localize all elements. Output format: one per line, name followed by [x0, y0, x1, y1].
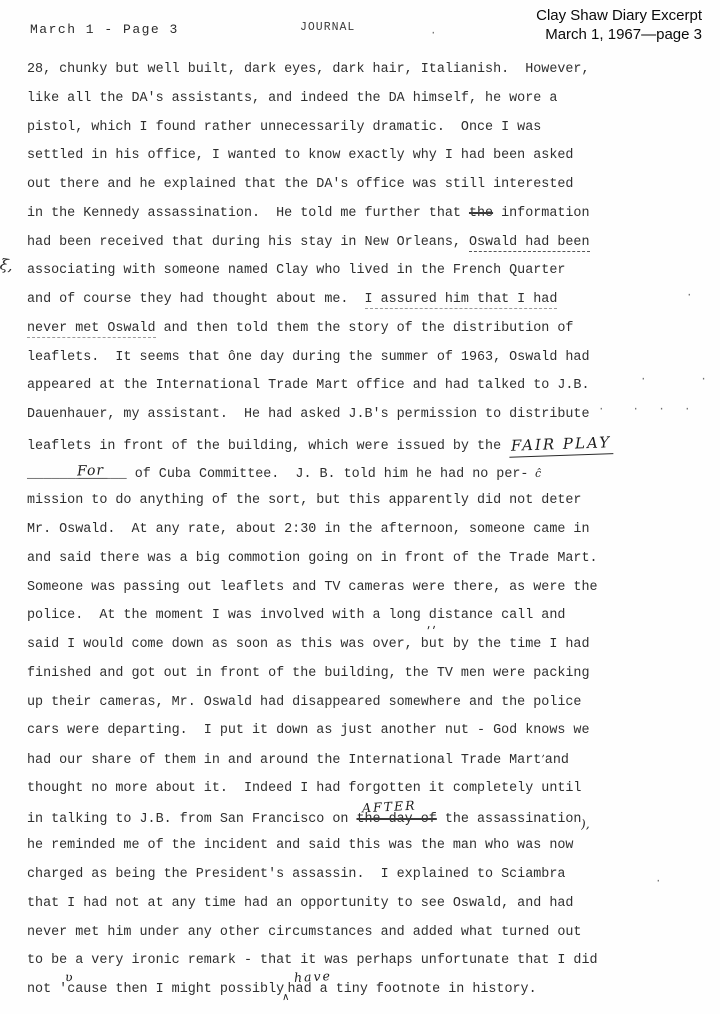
body-line: in the Kennedy assassination. He told me…	[27, 204, 687, 233]
handwritten-insertion: AFTER	[362, 795, 418, 818]
typewriter-text: appeared at the International Trade Mart…	[27, 378, 590, 393]
typewriter-text: and	[545, 753, 569, 768]
typewriter-text: had been received that during his stay i…	[27, 235, 469, 250]
body-line: in talking to J.B. from San Francisco on…	[27, 808, 687, 837]
typewriter-text: a tiny footnote in history.	[312, 982, 537, 997]
journal-label: JOURNAL	[300, 21, 355, 34]
annotated-text: butʹʹ	[421, 635, 445, 655]
handwritten-insertion: have	[293, 966, 332, 988]
typewriter-text: by the time I had	[445, 637, 590, 652]
typewriter-text: never met Oswald	[27, 321, 156, 338]
typewriter-text: settled in his office, I wanted to know …	[27, 148, 573, 163]
typewriter-text: and said there was a big commotion going…	[27, 551, 598, 566]
body-line: Mr. Oswald. At any rate, about 2:30 in t…	[27, 520, 687, 549]
body-line: thought no more about it. Indeed I had f…	[27, 779, 687, 808]
typewriter-text: the assassination	[437, 812, 582, 827]
scan-speck: ·	[560, 380, 569, 392]
margin-handwritten-mark: ξ,	[0, 255, 14, 275]
body-line: finished and got out in front of the bui…	[27, 664, 687, 693]
typewriter-text: the	[469, 206, 493, 221]
typewriter-text: up their cameras, Mr. Oswald had disappe…	[27, 695, 581, 710]
header-date-page: March 1 - Page 3	[30, 22, 179, 37]
annotated-text: the day ofAFTER	[356, 810, 436, 830]
body-line: had our share of them in and around the …	[27, 750, 687, 779]
body-line: mission to do anything of the sort, but …	[27, 491, 687, 520]
typewriter-text: mission to do anything of the sort, but …	[27, 493, 581, 508]
body-line: pistol, which I found rather unnecessari…	[27, 118, 687, 147]
scan-speck: ·	[655, 876, 664, 888]
scan-speck: ·	[430, 28, 439, 40]
body-line: to be a very ironic remark - that it was…	[27, 951, 687, 980]
typewriter-text: finished and got out in front of the bui…	[27, 666, 590, 681]
typewriter-text: leaflets. It seems that ône day during t…	[27, 350, 590, 365]
typewriter-text: and of course they had thought about me.	[27, 292, 365, 307]
body-line: like all the DA's assistants, and indeed…	[27, 89, 687, 118]
handwritten-text: For	[77, 460, 105, 481]
typewriter-text: associating with someone named Clay who …	[27, 263, 565, 278]
body-line: up their cameras, Mr. Oswald had disappe…	[27, 693, 687, 722]
handwritten-text: ʼ	[541, 750, 545, 770]
typewriter-text: Mr. Oswald. At any rate, about 2:30 in t…	[27, 522, 590, 537]
scan-speck: ·	[686, 290, 695, 302]
typewriter-text: thought no more about it. Indeed I had f…	[27, 781, 581, 796]
body-line: said I would come down as soon as this w…	[27, 635, 687, 664]
body-line: out there and he explained that the DA's…	[27, 175, 687, 204]
body-line: settled in his office, I wanted to know …	[27, 146, 687, 175]
body-line: that I had not at any time had an opport…	[27, 894, 687, 923]
body-line: __________For______ of Cuba Committee. J…	[27, 463, 687, 492]
body-line: he reminded me of the incident and said …	[27, 836, 687, 865]
handwritten-text: ),	[581, 813, 590, 833]
body-line: Dauenhauer, my assistant. He had asked J…	[27, 405, 687, 434]
scan-speck: · ·	[640, 374, 709, 386]
annotation-title: Clay Shaw Diary Excerpt	[536, 6, 702, 25]
body-line: and of course they had thought about me.…	[27, 290, 687, 319]
body-line: leaflets in front of the building, which…	[27, 434, 687, 463]
handwritten-insertion: ʹʹ	[426, 622, 438, 643]
typewriter-text: of Cuba Committee. J. B. told him he had…	[127, 467, 529, 482]
typewriter-text: never met him under any other circumstan…	[27, 925, 581, 940]
body-line: not 'causeʋ then I might possibly∧hadhav…	[27, 980, 687, 1009]
scanned-page: March 1 - Page 3 JOURNAL Clay Shaw Diary…	[0, 0, 720, 1014]
scan-speck: · · · ·	[598, 404, 693, 416]
typewriter-text: Someone was passing out leaflets and TV …	[27, 580, 598, 595]
body-line: never met him under any other circumstan…	[27, 923, 687, 952]
body-line: and said there was a big commotion going…	[27, 549, 687, 578]
handwritten-text: ĉ	[528, 463, 542, 483]
body-line: 28, chunky but well built, dark eyes, da…	[27, 60, 687, 89]
typewriter-text: he reminded me of the incident and said …	[27, 838, 573, 853]
typewriter-text: information	[493, 206, 589, 221]
body-line: leaflets. It seems that ône day during t…	[27, 348, 687, 377]
typewriter-text: police. At the moment I was involved wit…	[27, 608, 565, 623]
typewriter-text: had our share of them in and around the …	[27, 753, 541, 768]
annotation-block: Clay Shaw Diary Excerpt March 1, 1967—pa…	[536, 6, 702, 44]
typewriter-text: not	[27, 982, 59, 997]
typewriter-text: said I would come down as soon as this w…	[27, 637, 421, 652]
body-line: charged as being the President's assassi…	[27, 865, 687, 894]
typewriter-text: leaflets in front of the building, which…	[27, 439, 509, 454]
handwritten-text: FAIR PLAY	[509, 432, 614, 458]
typewriter-text: in the Kennedy assassination. He told me…	[27, 206, 469, 221]
handwritten-insertion: ʋ	[65, 967, 76, 987]
annotated-text: hadhave	[288, 980, 312, 1000]
typewriter-text: then I might possibly	[107, 982, 284, 997]
body-line: associating with someone named Clay who …	[27, 261, 687, 290]
body-line: appeared at the International Trade Mart…	[27, 376, 687, 405]
body-line: Someone was passing out leaflets and TV …	[27, 578, 687, 607]
annotation-date: March 1, 1967—page 3	[536, 25, 702, 44]
annotated-text: 'causeʋ	[59, 980, 107, 1000]
typewriter-text: that I had not at any time had an opport…	[27, 896, 573, 911]
typewriter-text: Dauenhauer, my assistant. He had asked J…	[27, 407, 590, 422]
body-line: never met Oswald and then told them the …	[27, 319, 687, 348]
typewriter-text: like all the DA's assistants, and indeed…	[27, 91, 557, 106]
typewriter-text: and then told them the story of the dist…	[156, 321, 574, 336]
typewriter-text: out there and he explained that the DA's…	[27, 177, 573, 192]
typewriter-text: in talking to J.B. from San Francisco on	[27, 812, 356, 827]
typewriter-text: 28, chunky but well built, dark eyes, da…	[27, 62, 590, 77]
body-line: had been received that during his stay i…	[27, 233, 687, 262]
body-line: police. At the moment I was involved wit…	[27, 606, 687, 635]
typewriter-text: I assured him that I had	[365, 292, 558, 309]
typewriter-text: pistol, which I found rather unnecessari…	[27, 120, 541, 135]
document-body: 28, chunky but well built, dark eyes, da…	[27, 60, 687, 1009]
typewriter-text: charged as being the President's assassi…	[27, 867, 565, 882]
typewriter-text: Oswald had been	[469, 235, 590, 252]
typewriter-text: cars were departing. I put it down as ju…	[27, 723, 590, 738]
body-line: cars were departing. I put it down as ju…	[27, 721, 687, 750]
